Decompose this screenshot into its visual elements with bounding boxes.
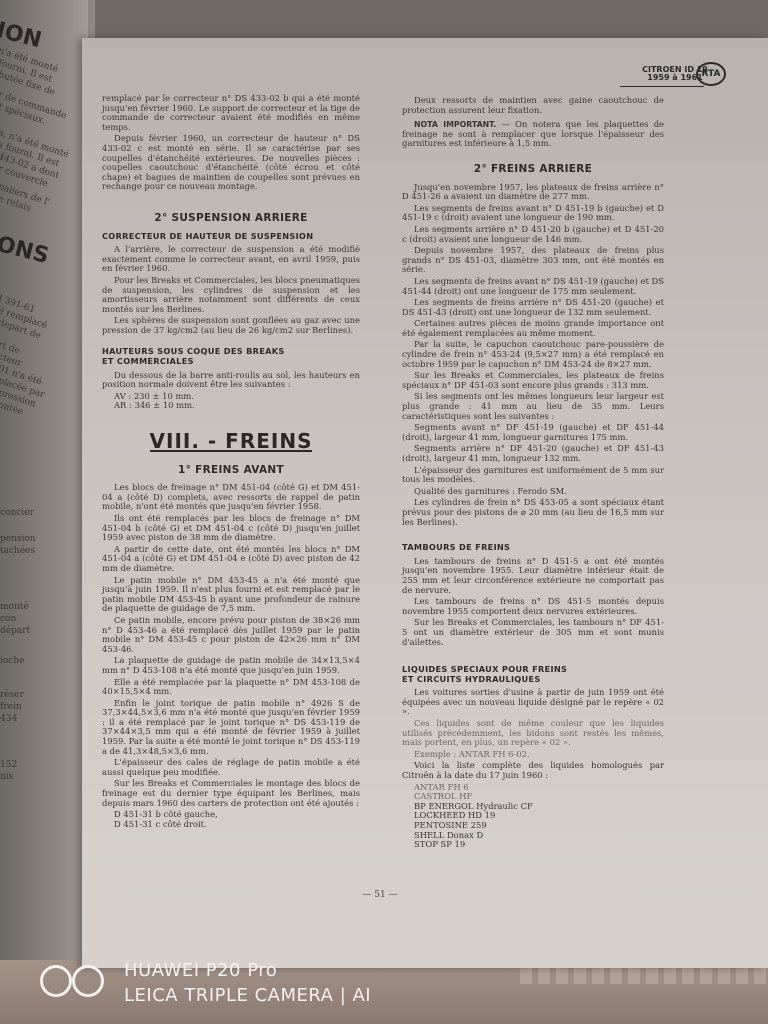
paragraph: Sur les Breaks et Commerciales, les tamb…: [402, 618, 664, 647]
paragraph: remplacé par le correcteur n° DS 433-02 …: [102, 94, 360, 132]
paragraph: Ces liquides sont de même couleur que le…: [402, 719, 664, 748]
paragraph: Du dessous de la barre anti-roulis au so…: [102, 371, 360, 390]
prev-line: tachées: [0, 546, 35, 557]
prev-line: réser: [0, 690, 24, 701]
paragraph: Le patin mobile n° DM 453-45 a n'a été m…: [102, 576, 360, 614]
liquide-item: STOP SP 19: [402, 840, 664, 850]
paragraph: Les cylindres de frein n° DS 453-05 a so…: [402, 498, 664, 527]
paragraph: Ils ont été remplacés par les blocs de f…: [102, 514, 360, 543]
prev-line: 434: [0, 714, 17, 725]
paragraph: Les tambours de freins n° D 451-5 a ont …: [402, 557, 664, 595]
paragraph: Par la suite, le capuchon caoutchouc par…: [402, 340, 664, 369]
section-title-suspension-arriere: 2° SUSPENSION ARRIERE: [102, 214, 360, 224]
prev-line: monté: [0, 602, 29, 613]
paragraph: Pour les Breaks et Commerciales, les blo…: [102, 276, 360, 314]
paragraph: Si les segments ont les mêmes longueurs …: [402, 392, 664, 421]
subsection-title-liquides-2: ET CIRCUITS HYDRAULIQUES: [402, 675, 664, 685]
paragraph: Segments arrière n° DF 451-20 (gauche) e…: [402, 444, 664, 463]
paragraph: Les sphères de suspension sont gonflées …: [102, 316, 360, 335]
carter-droit: D 451-31 c côté droit.: [102, 820, 360, 830]
previous-page-fragment: ION n'a été monté fourni. Il est butée f…: [0, 0, 88, 960]
paragraph: La plaquette de guidage de patin mobile …: [102, 656, 360, 675]
paragraph: Qualité des garnitures : Ferodo SM.: [402, 487, 664, 497]
section-title-freins-arriere: 2° FREINS ARRIERE: [402, 165, 664, 175]
paragraph: Les blocs de freinage n° DM 451-04 (côté…: [102, 483, 360, 512]
paragraph: Les segments de freins avant n° D 451-19…: [402, 204, 664, 223]
leica-rings-icon: [40, 965, 110, 995]
paragraph: Les segments arrière n° D 451-20 b (gauc…: [402, 225, 664, 244]
paragraph: Exemple : ANTAR FH 6-02.: [402, 750, 664, 760]
paragraph: Depuis février 1960, un correcteur de ha…: [102, 134, 360, 192]
prev-line: frein: [0, 702, 22, 713]
paragraph: L'épaisseur des cales de réglage de pati…: [102, 758, 360, 777]
rta-logo-icon: RTA: [696, 62, 726, 86]
paragraph: Les segments de freins arrière n° DS 451…: [402, 298, 664, 317]
nota-important: NOTA IMPORTANT. — On notera que les plaq…: [402, 120, 664, 149]
prev-line: 152: [0, 760, 17, 771]
prev-line: con: [0, 614, 16, 625]
document-page: CITROEN ID 19 1959 à 1961 RTA remplacé p…: [82, 38, 768, 968]
paragraph: Sur les Breaks et Commerciales, les plat…: [402, 371, 664, 390]
prev-heading-2: ONS: [0, 232, 51, 269]
paragraph: A l'arrière, le correcteur de suspension…: [102, 245, 360, 274]
prev-line: départ: [0, 626, 30, 637]
watermark-camera: LEICA TRIPLE CAMERA | AI: [124, 985, 371, 1006]
hauteur-ar: AR : 346 ± 10 mm.: [102, 401, 360, 411]
subsection-title-tambours: TAMBOURS DE FREINS: [402, 543, 664, 553]
ring-icon: [40, 965, 72, 997]
paragraph: Depuis novembre 1957, des plateaux de fr…: [402, 246, 664, 275]
paragraph: Sur les Breaks et Commerciales le montag…: [102, 779, 360, 808]
paragraph: L'épaisseur des garnitures est uniformém…: [402, 466, 664, 485]
paragraph: Segments avant n° DF 451-19 (gauche) et …: [402, 423, 664, 442]
prev-line: nis: [0, 772, 13, 783]
paragraph: Jusqu'en novembre 1957, les plateaux de …: [402, 183, 664, 202]
prev-line: ioche: [0, 656, 24, 667]
section-title-freins-avant: 1° FREINS AVANT: [102, 466, 360, 476]
paragraph: Les tambours de freins n° DS 451-5 monté…: [402, 597, 664, 616]
paragraph: Les segments de freins avant n° DS 451-1…: [402, 277, 664, 296]
subsection-title-correcteur: CORRECTEUR DE HAUTEUR DE SUSPENSION: [102, 232, 360, 242]
paragraph: Les voitures sorties d'usine à partir de…: [402, 688, 664, 717]
subsection-title-hauteurs-2: ET COMMERCIALES: [102, 357, 360, 367]
paragraph: Ce patin mobile, encore prévu pour pisto…: [102, 616, 360, 654]
paragraph: Elle a été remplacée par la plaquette n°…: [102, 678, 360, 697]
chapter-title: VIII. - FREINS: [102, 437, 360, 447]
ring-icon: [72, 965, 104, 997]
paragraph: Certaines autres pièces de moins grande …: [402, 319, 664, 338]
paragraph: Enfin le joint torique de patin mobile n…: [102, 699, 360, 757]
header-rule: [620, 86, 704, 87]
page-number: — 51 —: [350, 890, 410, 900]
prev-line: concier: [0, 508, 34, 519]
watermark-model: HUAWEI P20 Pro: [124, 960, 277, 981]
prev-line: pension: [0, 534, 36, 545]
paragraph: A partir de cette date, ont été montés l…: [102, 545, 360, 574]
left-column: remplacé par le correcteur n° DS 433-02 …: [102, 94, 360, 829]
paragraph: Deux ressorts de maintien avec gaine cao…: [402, 96, 664, 115]
right-column: Deux ressorts de maintien avec gaine cao…: [402, 96, 664, 850]
paragraph: Voici la liste complète des liquides hom…: [402, 761, 664, 780]
